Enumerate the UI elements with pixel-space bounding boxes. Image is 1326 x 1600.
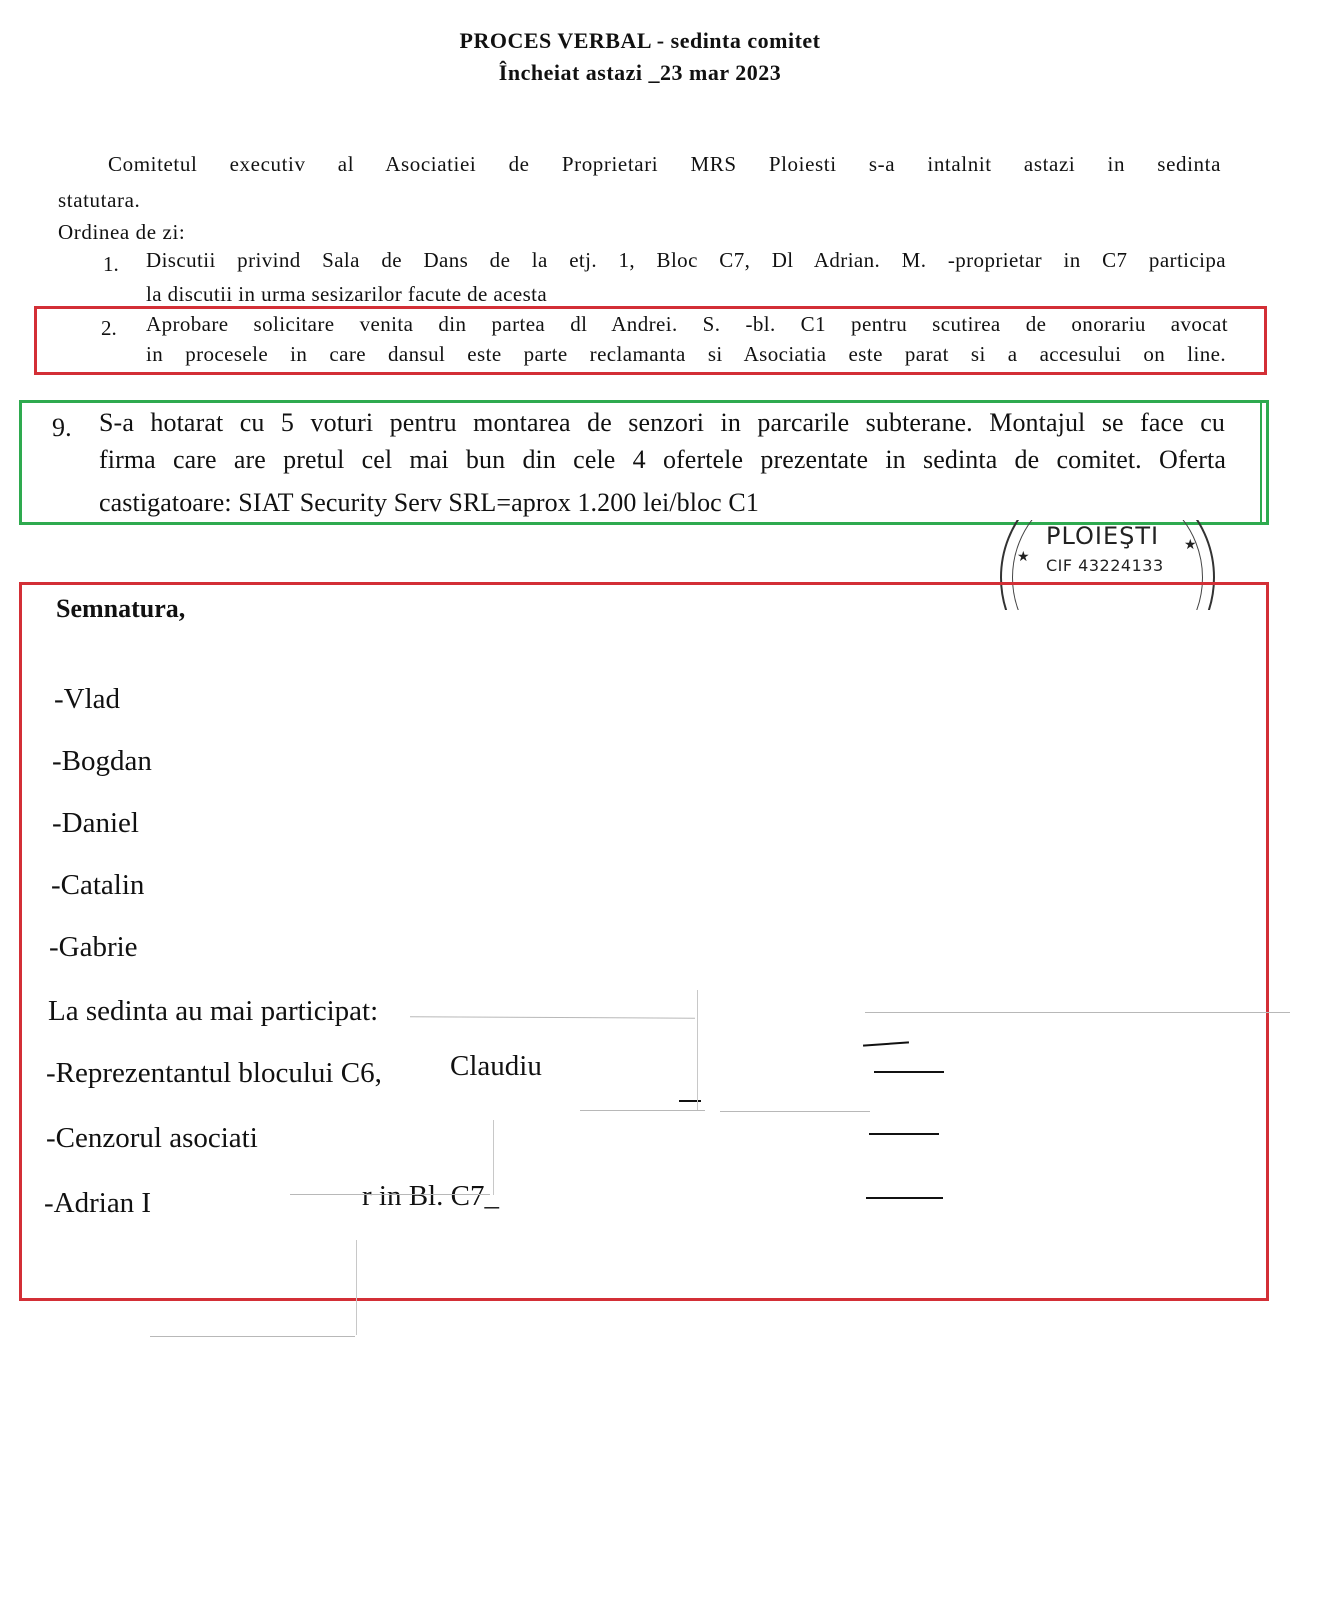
- agenda-item-text: la discutii in urma sesizarilor facute d…: [146, 282, 547, 307]
- agenda-item-number: 2.: [101, 316, 117, 341]
- paper-crease: [290, 1194, 490, 1195]
- decision-item-text: S-a hotarat cu 5 voturi pentru montarea …: [99, 408, 1225, 438]
- paper-crease: [150, 1336, 355, 1337]
- signatory-name: -Catalin: [51, 869, 144, 902]
- agenda-item-text: in procesele in care dansul este parte r…: [146, 342, 1226, 367]
- agenda-item-number: 1.: [103, 252, 119, 277]
- highlight-box-signatures: [19, 582, 1269, 1301]
- agenda-item-text: Aprobare solicitare venita din partea dl…: [146, 312, 1228, 337]
- paper-crease: [720, 1111, 870, 1112]
- document-title: PROCES VERBAL - sedinta comitet: [0, 28, 1280, 54]
- signatory-name: -Bogdan: [52, 745, 152, 778]
- signatures-heading: Semnatura,: [56, 594, 185, 624]
- star-icon: ★: [1184, 537, 1197, 553]
- paper-crease: [580, 1110, 705, 1111]
- signatory-name: -Daniel: [52, 807, 139, 840]
- star-icon: ★: [1017, 549, 1030, 565]
- signatory-name: -Gabrie: [49, 931, 138, 964]
- participant-role: -Reprezentantul blocului C6,: [46, 1057, 382, 1090]
- participant-detail: r in Bl. C7_: [362, 1180, 499, 1213]
- paper-crease: [697, 990, 698, 1110]
- signature-blank-line: [866, 1197, 943, 1199]
- paper-crease: [493, 1120, 494, 1195]
- paper-crease: [865, 1012, 1290, 1013]
- participant-role: -Cenzorul asociati: [46, 1122, 258, 1155]
- other-participants-label: La sedinta au mai participat:: [48, 995, 378, 1028]
- agenda-label: Ordinea de zi:: [58, 220, 185, 245]
- paper-crease: [356, 1240, 357, 1335]
- stamp-cif: CIF 43224133: [1046, 556, 1164, 575]
- document-date-line: Încheiat astazi _23 mar 2023: [0, 60, 1280, 86]
- signature-blank-line: [869, 1133, 939, 1135]
- intro-paragraph: Comitetul executiv al Asociatiei de Prop…: [108, 152, 1221, 177]
- decision-item-text: firma care are pretul cel mai bun din ce…: [99, 445, 1226, 475]
- decision-item-number: 9.: [52, 413, 72, 443]
- signatory-name: -Vlad: [54, 683, 120, 716]
- signature-blank-line: [874, 1071, 944, 1073]
- agenda-item-text: Discutii privind Sala de Dans de la etj.…: [146, 248, 1226, 273]
- participant-name: Claudiu: [450, 1050, 542, 1083]
- stamp-city: PLOIEŞTI: [1046, 522, 1159, 550]
- participant-role: -Adrian I: [44, 1187, 151, 1220]
- decision-item-text: castigatoare: SIAT Security Serv SRL=apr…: [99, 488, 759, 518]
- intro-paragraph-end: statutara.: [58, 188, 140, 213]
